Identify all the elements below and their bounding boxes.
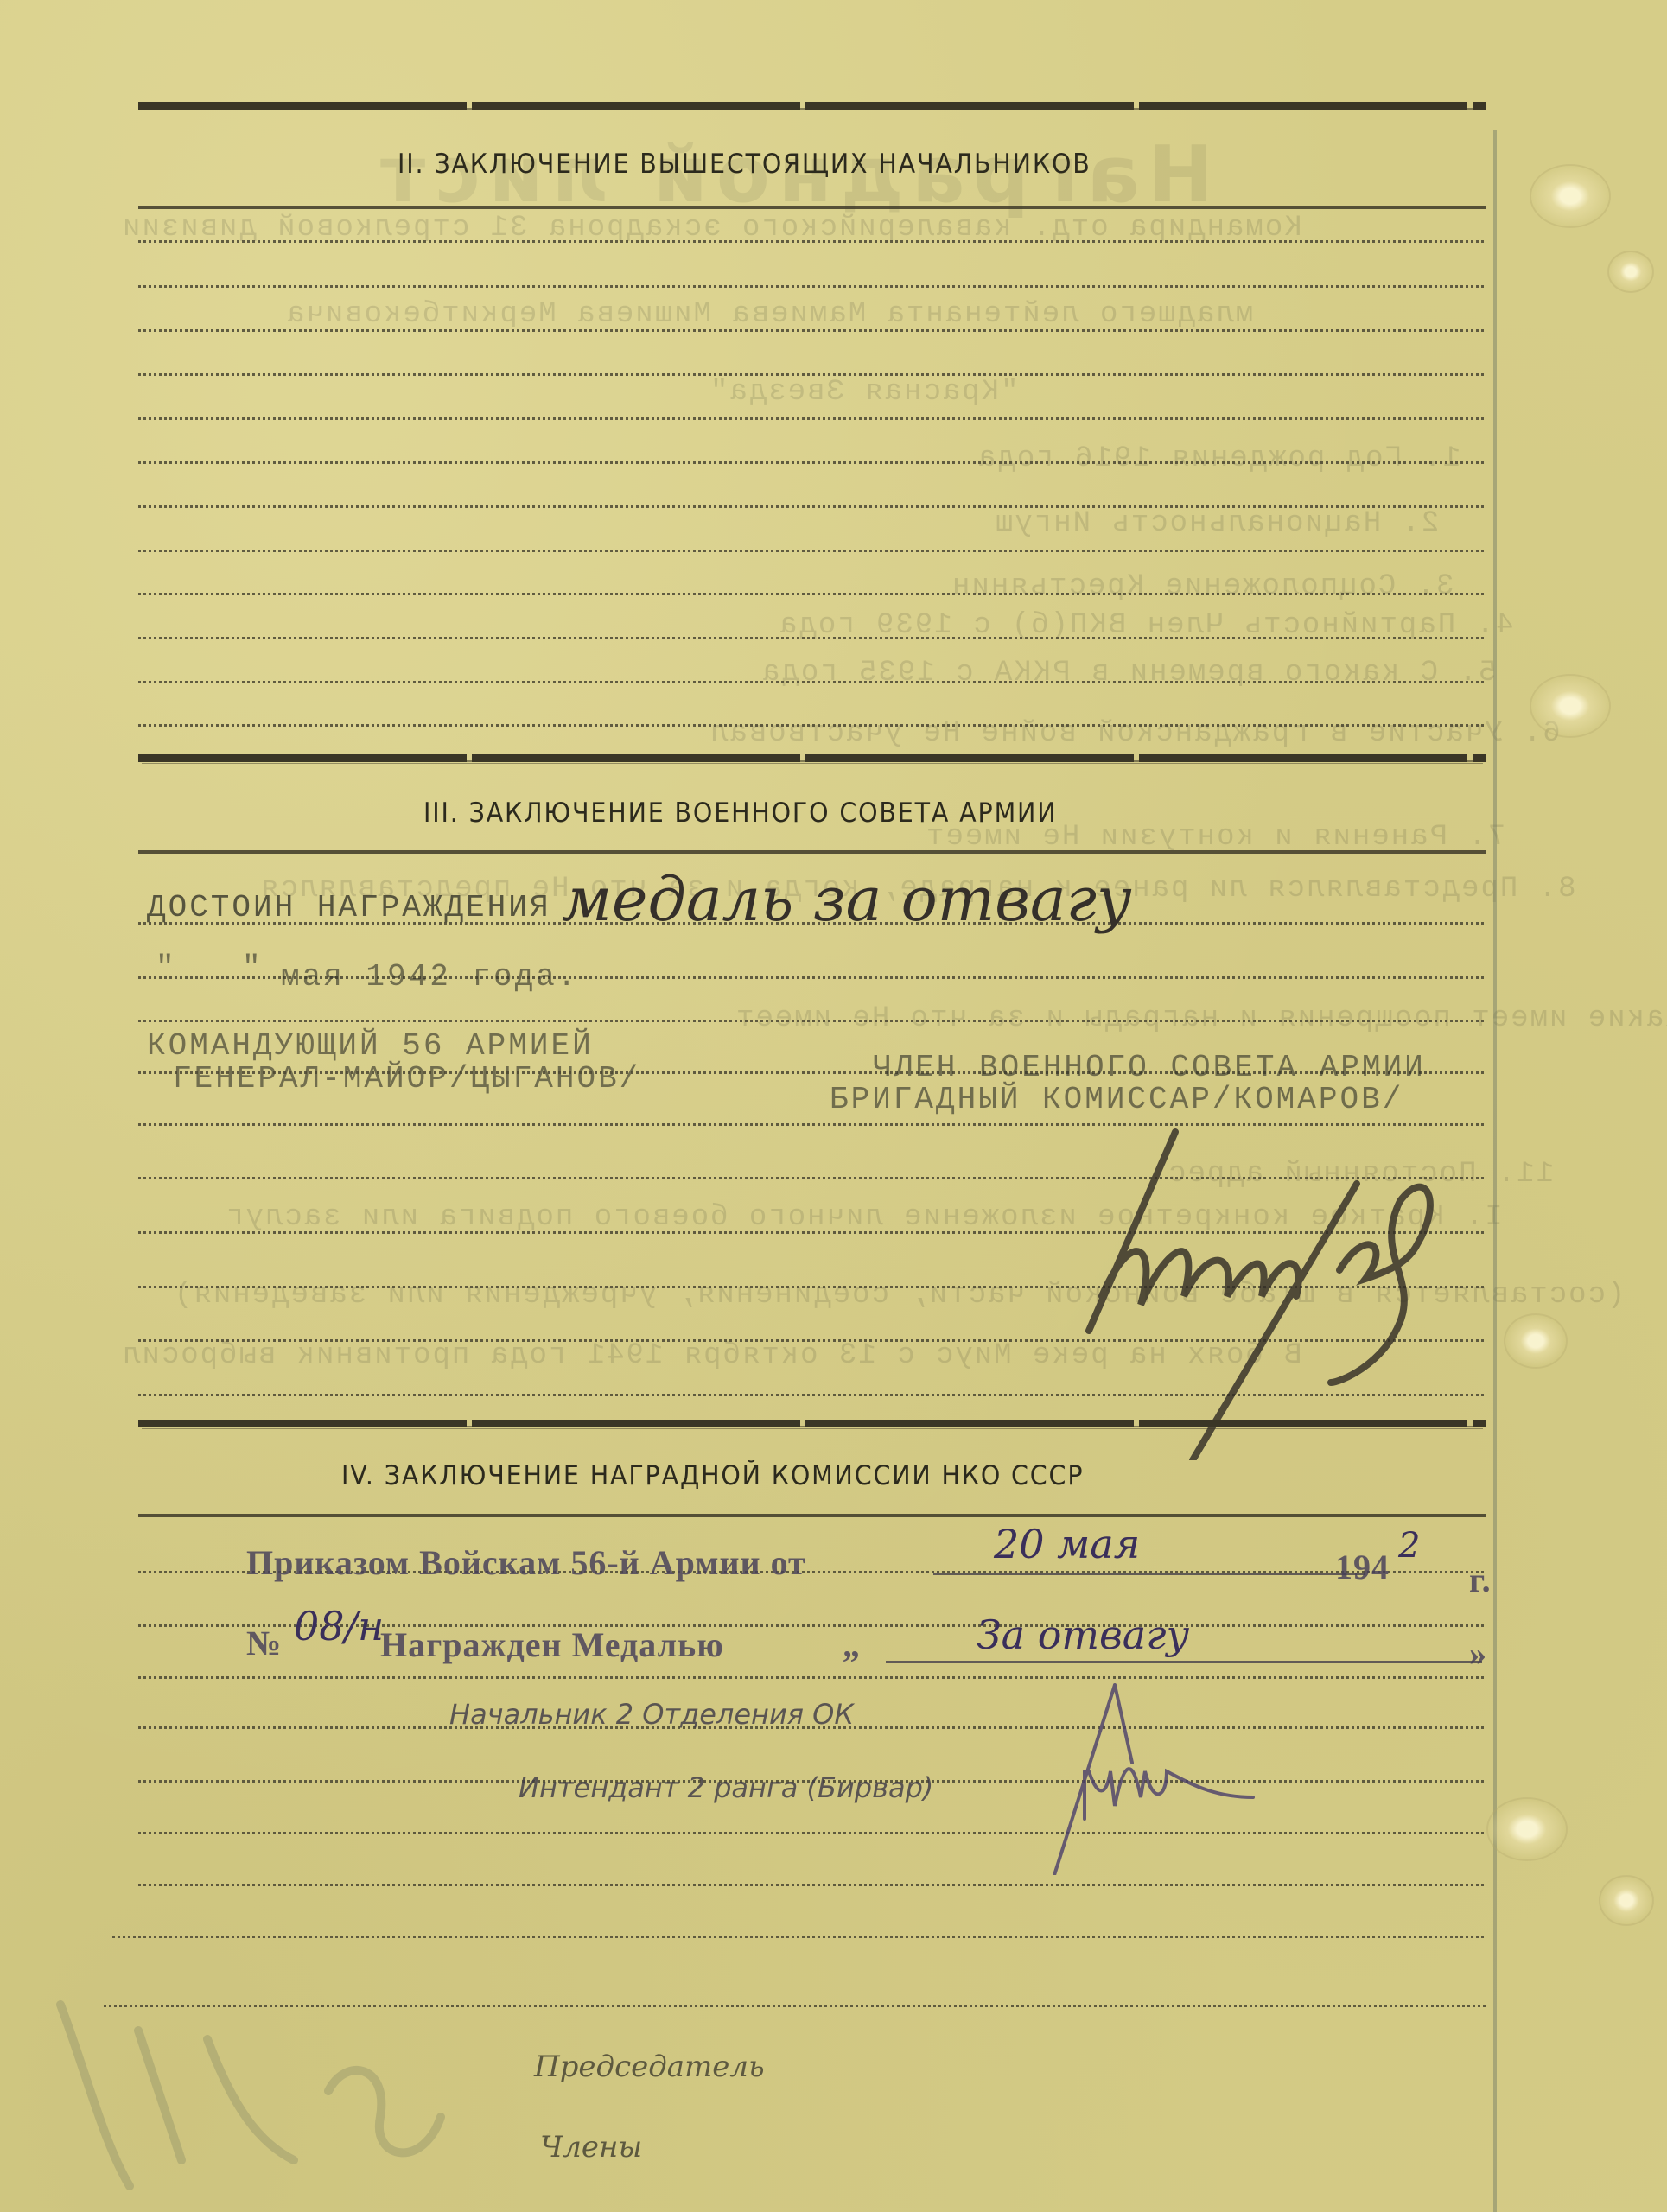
order-year-handwritten: 2	[1398, 1526, 1420, 1566]
official-rank: Интендант 2 ранга (Бирвар)	[519, 1771, 933, 1804]
commander-title: КОМАНДУЮЩИЙ 56 АРМИЕЙ	[147, 1028, 594, 1064]
form-line	[138, 1394, 1486, 1396]
ghost-line: I. Краткое конкретное изложение личного …	[225, 1201, 1503, 1234]
form-line	[138, 373, 1486, 376]
awarded-label: Награжден Медалью	[380, 1624, 724, 1665]
order-date-handwritten: 20 мая	[994, 1521, 1140, 1567]
section-2-title: II. ЗАКЛЮЧЕНИЕ ВЫШЕСТОЯЩИХ НАЧАЛЬНИКОВ	[398, 149, 1091, 180]
ghost-line: (составляется в штабе воинской части, со…	[173, 1279, 1625, 1312]
form-line	[138, 637, 1486, 639]
council-member-title: ЧЛЕН ВОЕННОГО СОВЕТА АРМИИ	[873, 1050, 1426, 1085]
form-line	[138, 1339, 1486, 1342]
section-divider	[138, 1514, 1486, 1517]
order-number-label: №	[246, 1623, 282, 1663]
award-name-underline	[886, 1661, 1482, 1663]
paper-damage	[1530, 164, 1611, 228]
form-line	[138, 1177, 1486, 1179]
form-line	[138, 550, 1486, 552]
form-line	[138, 1676, 1486, 1679]
paper-damage	[1530, 674, 1611, 738]
section-divider	[138, 850, 1486, 854]
official-title: Начальник 2 Отделения ОК	[449, 1698, 854, 1731]
page-margin-line	[1493, 130, 1497, 2212]
paper-damage	[1607, 251, 1654, 293]
ghost-line: "Красная Звезда"	[709, 376, 1018, 409]
form-line	[138, 724, 1486, 727]
paper-damage	[1504, 1313, 1568, 1369]
ghost-line: 2. Национальность Ингуш	[994, 507, 1439, 540]
form-line	[138, 1286, 1486, 1288]
section-4-title: IV. ЗАКЛЮЧЕНИЕ НАГРАДНОЙ КОМИССИИ НКО СС…	[341, 1460, 1084, 1491]
paper-damage	[1599, 1875, 1654, 1926]
form-line	[138, 505, 1486, 508]
form-line	[138, 329, 1486, 332]
award-quote-close: »	[1469, 1633, 1487, 1674]
form-line	[138, 417, 1486, 420]
ghost-line: 5. С какого времени в РККА с 1935 года	[760, 657, 1496, 690]
form-line	[138, 1832, 1486, 1834]
members-label: Члены	[540, 2130, 642, 2164]
form-line	[112, 1935, 1486, 1938]
form-line	[104, 2005, 1486, 2007]
form-line	[138, 1123, 1486, 1126]
form-line	[138, 461, 1486, 464]
paper-damage	[1486, 1797, 1568, 1861]
order-year-unit: г.	[1469, 1560, 1492, 1600]
order-year-prefix: 194	[1335, 1547, 1390, 1587]
award-quote-open: „	[843, 1624, 861, 1665]
order-label: Приказом Войскам 56-й Армии от	[246, 1542, 806, 1583]
official-signature	[1037, 1676, 1322, 1875]
council-date: мая 1942 года.	[281, 959, 578, 995]
form-line	[138, 1020, 1486, 1022]
order-date-underline	[933, 1573, 1365, 1575]
ghost-line: младшего лейтенанта Мамиева Мишиева Мерк…	[285, 298, 1253, 331]
form-line	[138, 1231, 1486, 1234]
ghost-line: 9. Какие имеет поощрения и награды и за …	[735, 1002, 1667, 1035]
order-number-handwritten: 08/н	[294, 1603, 384, 1649]
bleed-through-signature	[35, 1987, 484, 2195]
section-divider	[138, 1420, 1486, 1427]
ghost-line: 1. Год рождения 1916 года	[977, 442, 1460, 475]
form-line	[138, 1884, 1486, 1886]
chairman-label: Председатель	[534, 2050, 765, 2084]
ghost-line: 6. Участие в гражданской войне Не участв…	[709, 717, 1561, 750]
worthy-of-award-label: ДОСТОИН НАГРАЖДЕНИЯ	[147, 890, 550, 925]
award-name-handwritten: За отвагу	[977, 1611, 1189, 1658]
form-line	[138, 593, 1486, 595]
commander-name: ГЕНЕРАЛ-МАЙОР/ЦЫГАНОВ/	[173, 1061, 640, 1096]
date-quote-open: "	[156, 950, 177, 986]
council-member-name: БРИГАДНЫЙ КОМИССАР/КОМАРОВ/	[830, 1082, 1403, 1117]
section-divider	[138, 754, 1486, 762]
form-line	[138, 285, 1486, 288]
section-divider	[138, 102, 1486, 110]
award-handwritten: медаль за отвагу	[562, 864, 1132, 935]
section-3-title: III. ЗАКЛЮЧЕНИЕ ВОЕННОГО СОВЕТА АРМИИ	[423, 798, 1057, 829]
section-divider	[138, 206, 1486, 209]
date-quote-close: "	[242, 950, 264, 986]
ghost-line: В боях на реке Миус с 13 октября 1941 го…	[121, 1339, 1302, 1372]
form-line	[138, 240, 1486, 243]
form-line	[138, 681, 1486, 683]
award-sheet-page: Наградной лист Командира отд. кавалерийс…	[0, 0, 1667, 2212]
ghost-line: 3. Соцположение Крестьянин	[951, 570, 1454, 603]
